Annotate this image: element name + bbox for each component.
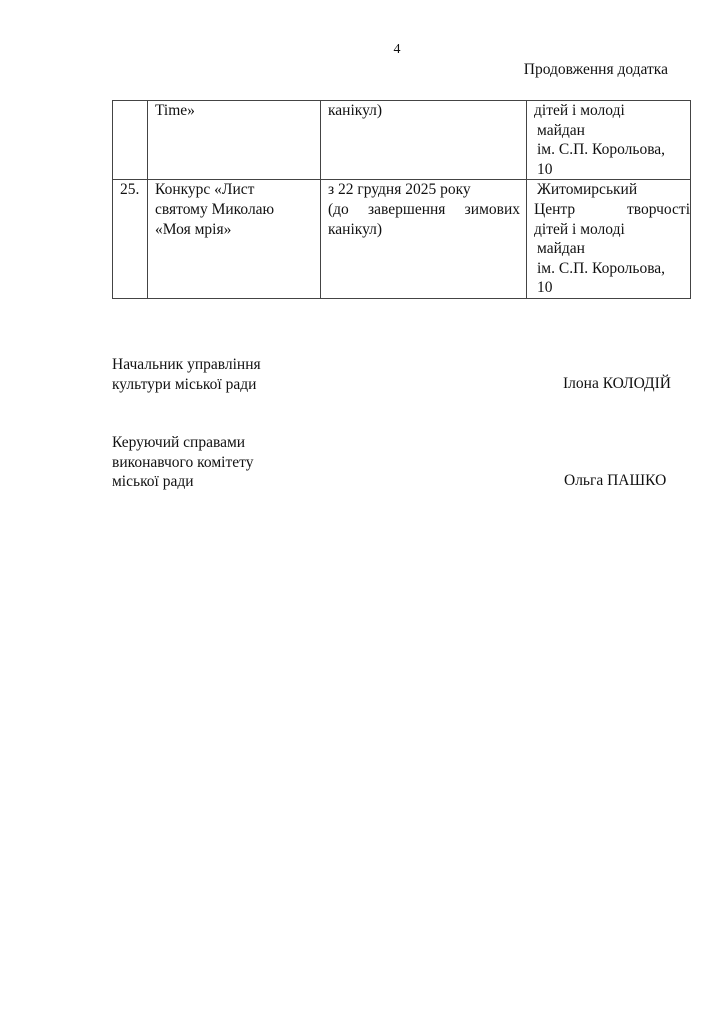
position-line: міської ради [112,472,253,492]
place-line: Центр творчості [534,200,690,220]
event-line: Time» [155,101,320,121]
place-line: Житомирський [534,180,690,200]
place-line: ім. С.П. Корольова, [534,140,690,160]
date-line: з 22 грудня 2025 року [328,180,526,200]
event-cell: Конкурс «Лист святому Миколаю «Моя мрія» [148,180,321,299]
place-line: ім. С.П. Корольова, [534,259,690,279]
date-line: канікул) [328,220,526,240]
position-line: виконавчого комітету [112,453,253,473]
event-line: Конкурс «Лист [155,180,320,200]
date-line: (до завершення зимових [328,200,526,220]
place-cell: дітей і молоді майдан ім. С.П. Корольова… [527,101,691,180]
event-line: святому Миколаю [155,200,320,220]
event-cell: Time» [148,101,321,180]
place-line: 10 [534,278,690,298]
position-line: Начальник управління [112,355,261,375]
page-number: 4 [0,42,724,58]
place-line: дітей і молоді [534,101,690,121]
date-cell: канікул) [321,101,527,180]
place-line: 10 [534,160,690,180]
row-number: 25. [113,180,148,299]
signature-name-executive: Ольга ПАШКО [564,472,666,490]
signature-position-culture: Начальник управління культури міської ра… [112,355,261,394]
position-line: Керуючий справами [112,433,253,453]
table-row: 25. Конкурс «Лист святому Миколаю «Моя м… [113,180,691,299]
date-cell: з 22 грудня 2025 року (до завершення зим… [321,180,527,299]
continuation-label: Продовження додатка [524,61,668,79]
signature-name-culture: Ілона КОЛОДІЙ [563,375,671,393]
signature-position-executive: Керуючий справами виконавчого комітету м… [112,433,253,492]
date-line: канікул) [328,101,526,121]
events-table: Time» канікул) дітей і молоді майдан ім.… [112,100,691,299]
place-line: дітей і молоді [534,220,690,240]
place-line: майдан [534,239,690,259]
event-line: «Моя мрія» [155,220,320,240]
table-row: Time» канікул) дітей і молоді майдан ім.… [113,101,691,180]
row-number [113,101,148,180]
position-line: культури міської ради [112,375,261,395]
place-line: майдан [534,121,690,141]
place-cell: Житомирський Центр творчості дітей і мол… [527,180,691,299]
